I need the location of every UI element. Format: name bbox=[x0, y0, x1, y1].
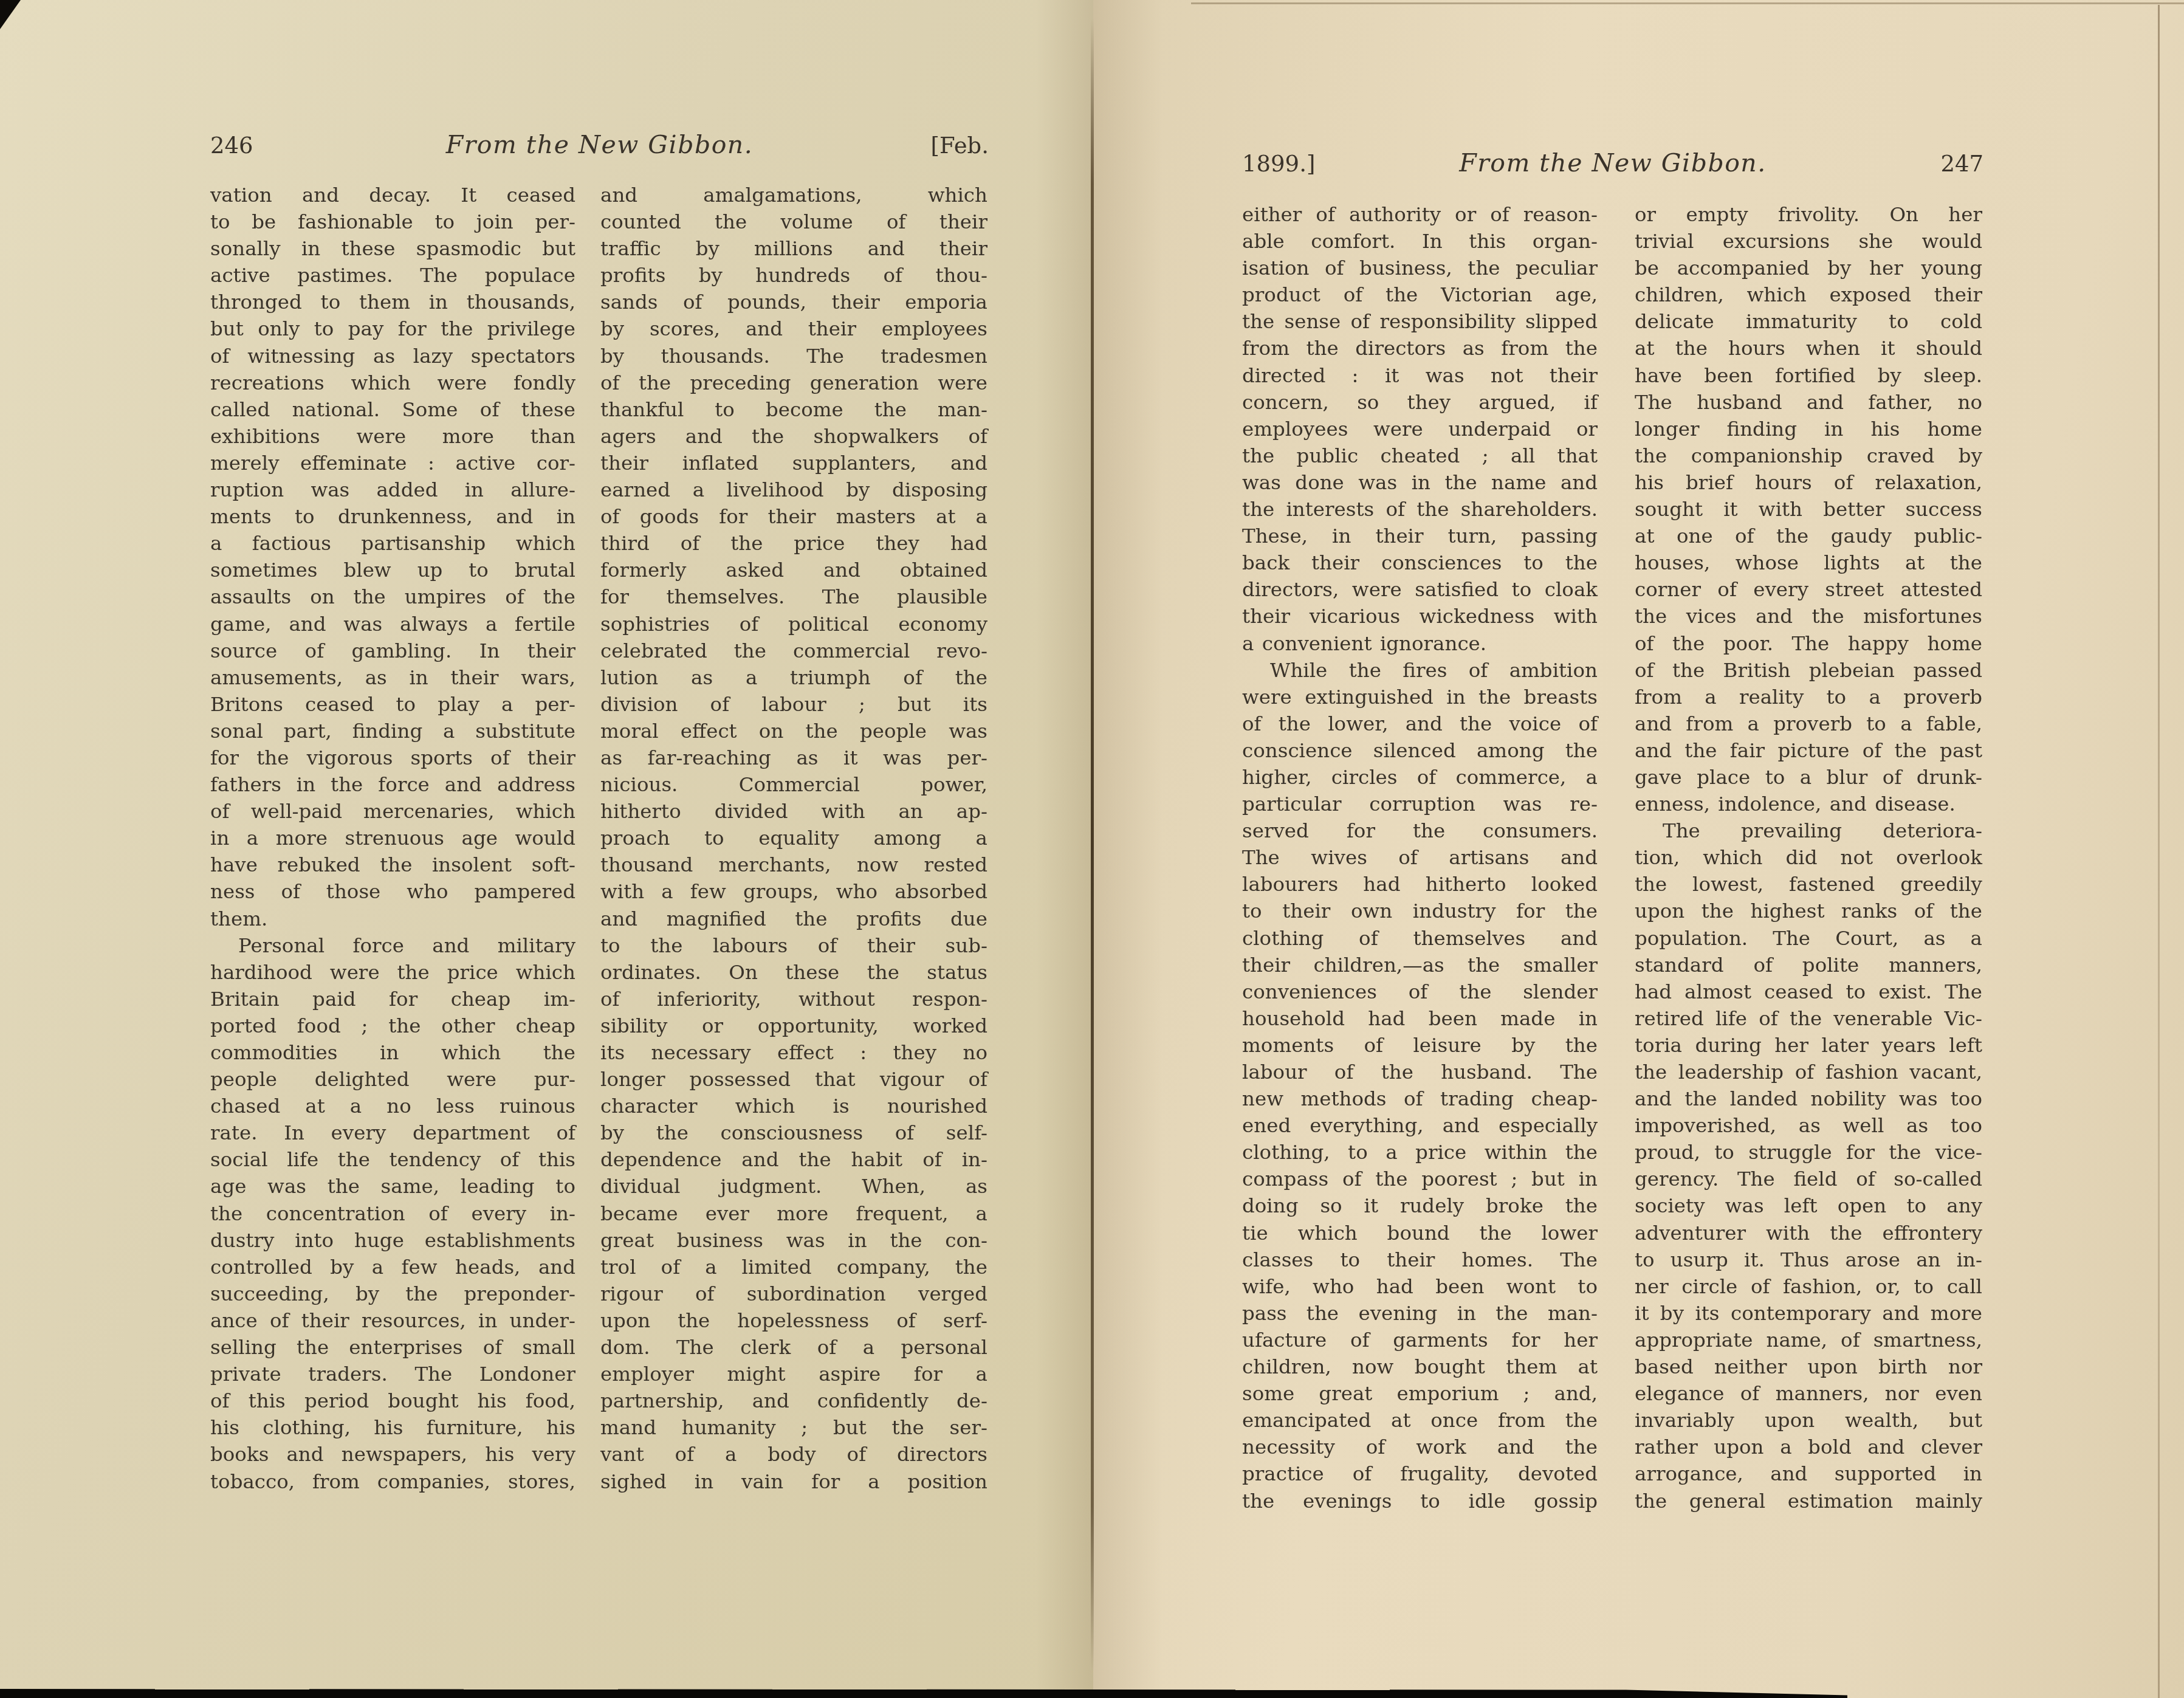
text-line: enness, indolence, and disease. bbox=[1635, 791, 1982, 817]
text-line: recreations which were fondly bbox=[210, 370, 575, 396]
text-line: be accompanied by her young bbox=[1635, 255, 1982, 281]
text-column-left-page-1: vation and decay. It ceasedto be fashion… bbox=[210, 182, 575, 1495]
text-line: by the consciousness of self- bbox=[600, 1119, 987, 1146]
text-line: household had been made in bbox=[1242, 1005, 1598, 1032]
text-line: its necessary effect : they no bbox=[600, 1039, 987, 1066]
text-line: selling the enterprises of small bbox=[210, 1334, 575, 1361]
book-gutter-shadow bbox=[1091, 18, 1094, 1671]
text-line: some great emporium ; and, bbox=[1242, 1380, 1598, 1407]
text-line: employer might aspire for a bbox=[600, 1361, 987, 1387]
text-line: pass the evening in the man- bbox=[1242, 1300, 1598, 1327]
text-line: longer possessed that vigour of bbox=[600, 1066, 987, 1093]
text-line: corner of every street attested bbox=[1635, 576, 1982, 603]
text-line: invariably upon wealth, but bbox=[1635, 1407, 1982, 1434]
text-line: ness of those who pampered bbox=[210, 878, 575, 905]
text-line: doing so it rudely broke the bbox=[1242, 1192, 1598, 1219]
text-line: exhibitions were more than bbox=[210, 423, 575, 450]
text-line: it by its contemporary and more bbox=[1635, 1300, 1982, 1327]
text-line: books and newspapers, his very bbox=[210, 1441, 575, 1468]
text-line: the evenings to idle gossip bbox=[1242, 1488, 1598, 1514]
text-line: proach to equality among a bbox=[600, 825, 987, 851]
text-line: population. The Court, as a bbox=[1635, 925, 1982, 952]
text-line: clothing, to a price within the bbox=[1242, 1139, 1598, 1166]
text-line: to the labours of their sub- bbox=[600, 932, 987, 959]
text-line: character which is nourished bbox=[600, 1093, 987, 1119]
text-line: dependence and the habit of in- bbox=[600, 1146, 987, 1173]
text-line: Britons ceased to play a per- bbox=[210, 691, 575, 718]
text-line: game, and was always a fertile bbox=[210, 611, 575, 638]
text-line: agers and the shopwalkers of bbox=[600, 423, 987, 450]
text-line: source of gambling. In their bbox=[210, 638, 575, 664]
text-line: conveniences of the slender bbox=[1242, 978, 1598, 1005]
text-line: moral effect on the people was bbox=[600, 718, 987, 744]
text-line: hitherto divided with an ap- bbox=[600, 798, 987, 825]
text-line: ments to drunkenness, and in bbox=[210, 503, 575, 530]
photo-top-edge bbox=[1191, 2, 2184, 4]
text-line: thronged to them in thousands, bbox=[210, 289, 575, 315]
text-line: arrogance, and supported in bbox=[1635, 1460, 1982, 1487]
text-line: sands of pounds, their emporia bbox=[600, 289, 987, 315]
text-line: division of labour ; but its bbox=[600, 691, 987, 718]
text-line: formerly asked and obtained bbox=[600, 557, 987, 583]
text-line: as far-reaching as it was per- bbox=[600, 744, 987, 771]
text-line: from a reality to a proverb bbox=[1635, 684, 1982, 710]
text-line: and the landed nobility was too bbox=[1635, 1085, 1982, 1112]
text-line: delicate immaturity to cold bbox=[1635, 308, 1982, 335]
text-line: fathers in the force and address bbox=[210, 771, 575, 798]
text-line: sophistries of political economy bbox=[600, 611, 987, 638]
text-line: ance of their resources, in under- bbox=[210, 1307, 575, 1334]
text-line: upon the hopelessness of serf- bbox=[600, 1307, 987, 1334]
page-edge-crease bbox=[2158, 5, 2160, 1698]
text-line: controlled by a few heads, and bbox=[210, 1254, 575, 1280]
text-line: mand humanity ; but the ser- bbox=[600, 1414, 987, 1441]
text-line: The prevailing deteriora- bbox=[1635, 817, 1982, 844]
text-line: rather upon a bold and clever bbox=[1635, 1434, 1982, 1460]
text-line: retired life of the venerable Vic- bbox=[1635, 1005, 1982, 1032]
text-line: The wives of artisans and bbox=[1242, 844, 1598, 871]
right-page-header: 1899.] From the New Gibbon. 247 bbox=[1242, 151, 1983, 187]
text-line: assaults on the umpires of the bbox=[210, 583, 575, 610]
text-line: great business was in the con- bbox=[600, 1227, 987, 1254]
text-line: at one of the gaudy public- bbox=[1635, 523, 1982, 549]
text-line: to usurp it. Thus arose an in- bbox=[1635, 1246, 1982, 1273]
text-line: by scores, and their employees bbox=[600, 315, 987, 342]
text-line: of the British plebeian passed bbox=[1635, 657, 1982, 684]
text-line: thousand merchants, now rested bbox=[600, 851, 987, 878]
text-line: was done was in the name and bbox=[1242, 469, 1598, 496]
text-line: but only to pay for the privilege bbox=[210, 315, 575, 342]
text-line: counted the volume of their bbox=[600, 208, 987, 235]
text-line: moments of leisure by the bbox=[1242, 1032, 1598, 1059]
text-line: directors, were satisfied to cloak bbox=[1242, 576, 1598, 603]
text-line: concern, so they argued, if bbox=[1242, 389, 1598, 416]
text-line: third of the price they had bbox=[600, 530, 987, 557]
text-line: social life the tendency of this bbox=[210, 1146, 575, 1173]
text-line: dom. The clerk of a personal bbox=[600, 1334, 987, 1361]
text-line: toria during her later years left bbox=[1635, 1032, 1982, 1059]
text-line: trivial excursions she would bbox=[1635, 228, 1982, 255]
text-line: to be fashionable to join per- bbox=[210, 208, 575, 235]
text-line: classes to their homes. The bbox=[1242, 1246, 1598, 1273]
text-line: served for the consumers. bbox=[1242, 817, 1598, 844]
text-line: vant of a body of directors bbox=[600, 1441, 987, 1468]
text-line: celebrated the commercial revo- bbox=[600, 638, 987, 664]
text-line: sonal part, finding a substitute bbox=[210, 718, 575, 744]
date-marker: [Feb. bbox=[931, 132, 989, 159]
text-column-left-page-2: and amalgamations, whichcounted the volu… bbox=[600, 182, 987, 1495]
text-line: isation of business, the peculiar bbox=[1242, 255, 1598, 281]
text-line: ported food ; the other cheap bbox=[210, 1012, 575, 1039]
text-line: traffic by millions and their bbox=[600, 235, 987, 262]
text-line: commodities in which the bbox=[210, 1039, 575, 1066]
text-line: of goods for their masters at a bbox=[600, 503, 987, 530]
text-line: Britain paid for cheap im- bbox=[210, 986, 575, 1012]
text-line: conscience silenced among the bbox=[1242, 737, 1598, 764]
text-line: vation and decay. It ceased bbox=[210, 182, 575, 208]
text-line: or empty frivolity. On her bbox=[1635, 201, 1982, 228]
text-line: called national. Some of these bbox=[210, 396, 575, 423]
text-line: proud, to struggle for the vice- bbox=[1635, 1139, 1982, 1166]
text-line: sonally in these spasmodic but bbox=[210, 235, 575, 262]
text-line: partnership, and confidently de- bbox=[600, 1387, 987, 1414]
text-line: of the poor. The happy home bbox=[1635, 630, 1982, 657]
text-line: them. bbox=[210, 906, 575, 932]
text-line: and magnified the profits due bbox=[600, 906, 987, 932]
text-line: for the vigorous sports of their bbox=[210, 744, 575, 771]
text-line: ordinates. On these the status bbox=[600, 959, 987, 986]
text-line: of the lower, and the voice of bbox=[1242, 710, 1598, 737]
text-line: to their own industry for the bbox=[1242, 898, 1598, 924]
text-line: a convenient ignorance. bbox=[1242, 630, 1598, 657]
text-line: appropriate name, of smartness, bbox=[1635, 1327, 1982, 1353]
text-line: the general estimation mainly bbox=[1635, 1488, 1982, 1514]
text-line: hardihood were the price which bbox=[210, 959, 575, 986]
text-line: sometimes blew up to brutal bbox=[210, 557, 575, 583]
text-line: compass of the poorest ; but in bbox=[1242, 1166, 1598, 1192]
text-line: children, which exposed their bbox=[1635, 281, 1982, 308]
text-line: Personal force and military bbox=[210, 932, 575, 959]
text-line: These, in their turn, passing bbox=[1242, 523, 1598, 549]
text-line: While the fires of ambition bbox=[1242, 657, 1598, 684]
text-line: the public cheated ; all that bbox=[1242, 442, 1598, 469]
text-line: new methods of trading cheap- bbox=[1242, 1085, 1598, 1112]
text-line: with a few groups, who absorbed bbox=[600, 878, 987, 905]
text-line: chased at a no less ruinous bbox=[210, 1093, 575, 1119]
text-line: of witnessing as lazy spectators bbox=[210, 343, 575, 370]
book-scan-photo: 246 From the New Gibbon. [Feb. 1899.] Fr… bbox=[0, 0, 2184, 1698]
text-line: were extinguished in the breasts bbox=[1242, 684, 1598, 710]
text-line: particular corruption was re- bbox=[1242, 791, 1598, 817]
text-line: from the directors as from the bbox=[1242, 335, 1598, 362]
text-line: ufacture of garments for her bbox=[1242, 1327, 1598, 1353]
text-line: rigour of subordination verged bbox=[600, 1280, 987, 1307]
text-line: became ever more frequent, a bbox=[600, 1200, 987, 1227]
text-line: their children,—as the smaller bbox=[1242, 952, 1598, 978]
running-title: From the New Gibbon. bbox=[210, 130, 989, 159]
text-line: people delighted were pur- bbox=[210, 1066, 575, 1093]
text-line: elegance of manners, nor even bbox=[1635, 1380, 1982, 1407]
text-line: upon the highest ranks of the bbox=[1635, 898, 1982, 924]
text-line: tobacco, from companies, stores, bbox=[210, 1468, 575, 1495]
text-line: his clothing, his furniture, his bbox=[210, 1414, 575, 1441]
text-line: sought it with better success bbox=[1635, 496, 1982, 523]
text-line: children, now bought them at bbox=[1242, 1353, 1598, 1380]
text-line: a factious partisanship which bbox=[210, 530, 575, 557]
text-line: and amalgamations, which bbox=[600, 182, 987, 208]
text-line: earned a livelihood by disposing bbox=[600, 476, 987, 503]
text-line: directed : it was not their bbox=[1242, 362, 1598, 389]
text-line: profits by hundreds of thou- bbox=[600, 262, 987, 289]
text-line: product of the Victorian age, bbox=[1242, 281, 1598, 308]
running-title: From the New Gibbon. bbox=[1242, 148, 1983, 177]
text-line: merely effeminate : active cor- bbox=[210, 450, 575, 476]
page-number: 247 bbox=[1940, 151, 1983, 177]
text-line: have been fortified by sleep. bbox=[1635, 362, 1982, 389]
text-line: standard of polite manners, bbox=[1635, 952, 1982, 978]
text-line: dividual judgment. When, as bbox=[600, 1173, 987, 1200]
left-page-header: 246 From the New Gibbon. [Feb. bbox=[210, 132, 989, 169]
text-line: trol of a limited company, the bbox=[600, 1254, 987, 1280]
text-line: able comfort. In this organ- bbox=[1242, 228, 1598, 255]
text-line: houses, whose lights at the bbox=[1635, 549, 1982, 576]
text-line: the lowest, fastened greedily bbox=[1635, 871, 1982, 898]
text-line: society was left open to any bbox=[1635, 1192, 1982, 1219]
text-line: sibility or opportunity, worked bbox=[600, 1012, 987, 1039]
text-line: his brief hours of relaxation, bbox=[1635, 469, 1982, 496]
text-line: gerency. The field of so-called bbox=[1635, 1166, 1982, 1192]
text-line: the interests of the shareholders. bbox=[1242, 496, 1598, 523]
text-line: labourers had hitherto looked bbox=[1242, 871, 1598, 898]
text-line: clothing of themselves and bbox=[1242, 925, 1598, 952]
text-line: nicious. Commercial power, bbox=[600, 771, 987, 798]
text-line: The husband and father, no bbox=[1635, 389, 1982, 416]
text-line: in a more strenuous age would bbox=[210, 825, 575, 851]
text-line: the concentration of every in- bbox=[210, 1200, 575, 1227]
text-line: the sense of responsibility slipped bbox=[1242, 308, 1598, 335]
photo-bottom-edge bbox=[0, 1689, 1847, 1698]
text-line: active pastimes. The populace bbox=[210, 262, 575, 289]
text-line: practice of frugality, devoted bbox=[1242, 1460, 1598, 1487]
text-line: the companionship craved by bbox=[1635, 442, 1982, 469]
text-line: sighed in vain for a position bbox=[600, 1468, 987, 1495]
text-line: succeeding, by the preponder- bbox=[210, 1280, 575, 1307]
text-line: at the hours when it should bbox=[1635, 335, 1982, 362]
text-line: their inflated supplanters, and bbox=[600, 450, 987, 476]
text-line: and from a proverb to a fable, bbox=[1635, 710, 1982, 737]
text-line: wife, who had been wont to bbox=[1242, 1273, 1598, 1300]
text-line: either of authority or of reason- bbox=[1242, 201, 1598, 228]
text-line: age was the same, leading to bbox=[210, 1173, 575, 1200]
text-line: have rebuked the insolent soft- bbox=[210, 851, 575, 878]
text-line: emancipated at once from the bbox=[1242, 1407, 1598, 1434]
text-line: their vicarious wickedness with bbox=[1242, 603, 1598, 630]
text-line: private traders. The Londoner bbox=[210, 1361, 575, 1387]
text-column-right-page-1: either of authority or of reason-able co… bbox=[1242, 201, 1598, 1514]
text-line: tion, which did not overlook bbox=[1635, 844, 1982, 871]
text-line: higher, circles of commerce, a bbox=[1242, 764, 1598, 791]
text-line: impoverished, as well as too bbox=[1635, 1112, 1982, 1139]
text-line: ruption was added in allure- bbox=[210, 476, 575, 503]
text-line: rate. In every department of bbox=[210, 1119, 575, 1146]
text-line: of well-paid mercenaries, which bbox=[210, 798, 575, 825]
text-line: labour of the husband. The bbox=[1242, 1059, 1598, 1085]
text-line: lution as a triumph of the bbox=[600, 664, 987, 691]
text-line: had almost ceased to exist. The bbox=[1635, 978, 1982, 1005]
text-line: longer finding in his home bbox=[1635, 416, 1982, 442]
text-line: of the preceding generation were bbox=[600, 370, 987, 396]
text-line: amusements, as in their wars, bbox=[210, 664, 575, 691]
text-line: necessity of work and the bbox=[1242, 1434, 1598, 1460]
text-line: the vices and the misfortunes bbox=[1635, 603, 1982, 630]
text-line: of inferiority, without respon- bbox=[600, 986, 987, 1012]
text-line: dustry into huge establishments bbox=[210, 1227, 575, 1254]
text-line: ner circle of fashion, or, to call bbox=[1635, 1273, 1982, 1300]
text-line: based neither upon birth nor bbox=[1635, 1353, 1982, 1380]
text-line: by thousands. The tradesmen bbox=[600, 343, 987, 370]
text-line: tie which bound the lower bbox=[1242, 1220, 1598, 1246]
text-line: thankful to become the man- bbox=[600, 396, 987, 423]
text-line: back their consciences to the bbox=[1242, 549, 1598, 576]
text-line: for themselves. The plausible bbox=[600, 583, 987, 610]
text-line: ened everything, and especially bbox=[1242, 1112, 1598, 1139]
text-line: gave place to a blur of drunk- bbox=[1635, 764, 1982, 791]
text-line: and the fair picture of the past bbox=[1635, 737, 1982, 764]
text-line: employees were underpaid or bbox=[1242, 416, 1598, 442]
text-line: adventurer with the effrontery bbox=[1635, 1220, 1982, 1246]
text-column-right-page-2: or empty frivolity. On hertrivial excurs… bbox=[1635, 201, 1982, 1514]
text-line: the leadership of fashion vacant, bbox=[1635, 1059, 1982, 1085]
text-line: of this period bought his food, bbox=[210, 1387, 575, 1414]
